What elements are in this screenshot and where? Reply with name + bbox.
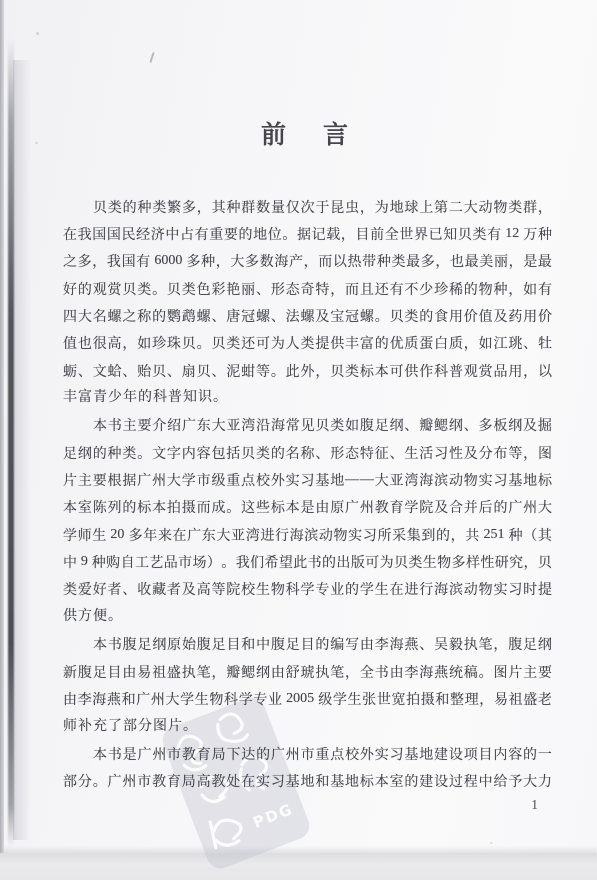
scan-root: PDG 前 言 贝类的种类繁多，其种群数量仅次于昆虫，为地球上第二大动物类群， … [0,0,597,880]
page-content: 前 言 贝类的种类繁多，其种群数量仅次于昆虫，为地球上第二大动物类群， 在我国国… [63,0,552,853]
text-line: 贝类的种类繁多，其种群数量仅次于昆虫，为地球上第二大动物类群， [63,193,552,220]
text-line: 之多，我国有 6000 多种，大多数海产，而以热带种类最多，也最美丽，是最 [63,248,552,275]
paragraph-3: 本书腹足纲原始腹足目和中腹足目的编写由李海燕、吴毅执笔，腹足纲 新腹足目由易祖盛… [63,631,552,740]
scan-speck [490,842,493,844]
text-line: 四大名螺之称的鹦鹉螺、唐冠螺、法螺及宝冠螺。贝类的食用价值及药用价 [63,302,552,329]
text-line: 类爱好者、收藏者及高等院校生物科学专业的学生在进行海滨动物实习时提 [63,576,552,603]
page-title: 前 言 [63,115,552,151]
text-line: 由李海燕和广州大学生物科学专业 2005 级学生张世宽拍摄和整理，易祖盛老 [63,685,552,712]
text-line: 蛎、文蛤、贻贝、扇贝、泥蚶等。此外，贝类标本可供作科普观赏品用，以 [63,357,552,384]
text-line: 部分。广州市教育局高教处在实习基地和基地标本室的建设过程中给予大力 [63,767,552,794]
text-line: 本书主要介绍广东大亚湾沿海常见贝类如腹足纲、瓣鳃纲、多板纲及掘 [63,412,552,439]
paragraph-1: 贝类的种类繁多，其种群数量仅次于昆虫，为地球上第二大动物类群， 在我国国民经济中… [63,193,552,412]
text-line: 师补充了部分图片。 [63,713,552,740]
text-line: 好的观赏贝类。贝类色彩艳丽、形态奇特，而且还有不少珍稀的物种，如有 [63,275,552,302]
paragraph-4: 本书是广州市教育局下达的广州市重点校外实习基地建设项目内容的一 部分。广州市教育… [63,740,552,795]
text-line: 丰富青少年的科普知识。 [63,384,552,411]
text-line: 学师生 20 多年来在广东大亚湾进行海滨动物实习所采集到的，共 251 种（其 [63,521,552,548]
text-line: 本书腹足纲原始腹足目和中腹足目的编写由李海燕、吴毅执笔，腹足纲 [63,631,552,658]
scanned-book-preface: { "page": { "title": "前 言", "page_number… [0,0,597,880]
text-line: 新腹足目由易祖盛执笔，瓣鳃纲由舒琥执笔，全书由李海燕统稿。图片主要 [63,658,552,685]
scan-left-edge [0,0,4,853]
scan-speck [36,32,39,35]
preface-text: 贝类的种类繁多，其种群数量仅次于昆虫，为地球上第二大动物类群， 在我国国民经济中… [63,193,552,795]
text-line: 供方便。 [63,603,552,630]
scan-speck [35,142,38,144]
text-line: 片主要根据广州大学市级重点校外实习基地——大亚湾海滨动物实习基地标 [63,466,552,493]
scanner-background [0,853,597,880]
paragraph-2: 本书主要介绍广东大亚湾沿海常见贝类如腹足纲、瓣鳃纲、多板纲及掘 足纲的种类。文字… [63,412,552,631]
text-line: 本书是广州市教育局下达的广州市重点校外实习基地建设项目内容的一 [63,740,552,767]
book-spine-soft-shadow [13,60,31,840]
text-line: 在我国国民经济中占有重要的地位。据记载，目前全世界已知贝类有 12 万种 [63,220,552,247]
text-line: 本室陈列的标本拍摄而成。这些标本是由原广州教育学院及合并后的广州大 [63,494,552,521]
text-line: 中 9 种购自工艺品市场）。我们希望此书的出版可为贝类生物多样性研究，贝 [63,548,552,575]
page-number: 1 [531,797,538,813]
text-line: 值也很高，如珍珠贝。贝类还可为人类提供丰富的优质蛋白质，如江珧、牡 [63,330,552,357]
text-line: 足纲的种类。文字内容包括贝类的名称、形态特征、生活习性及分布等，图 [63,439,552,466]
